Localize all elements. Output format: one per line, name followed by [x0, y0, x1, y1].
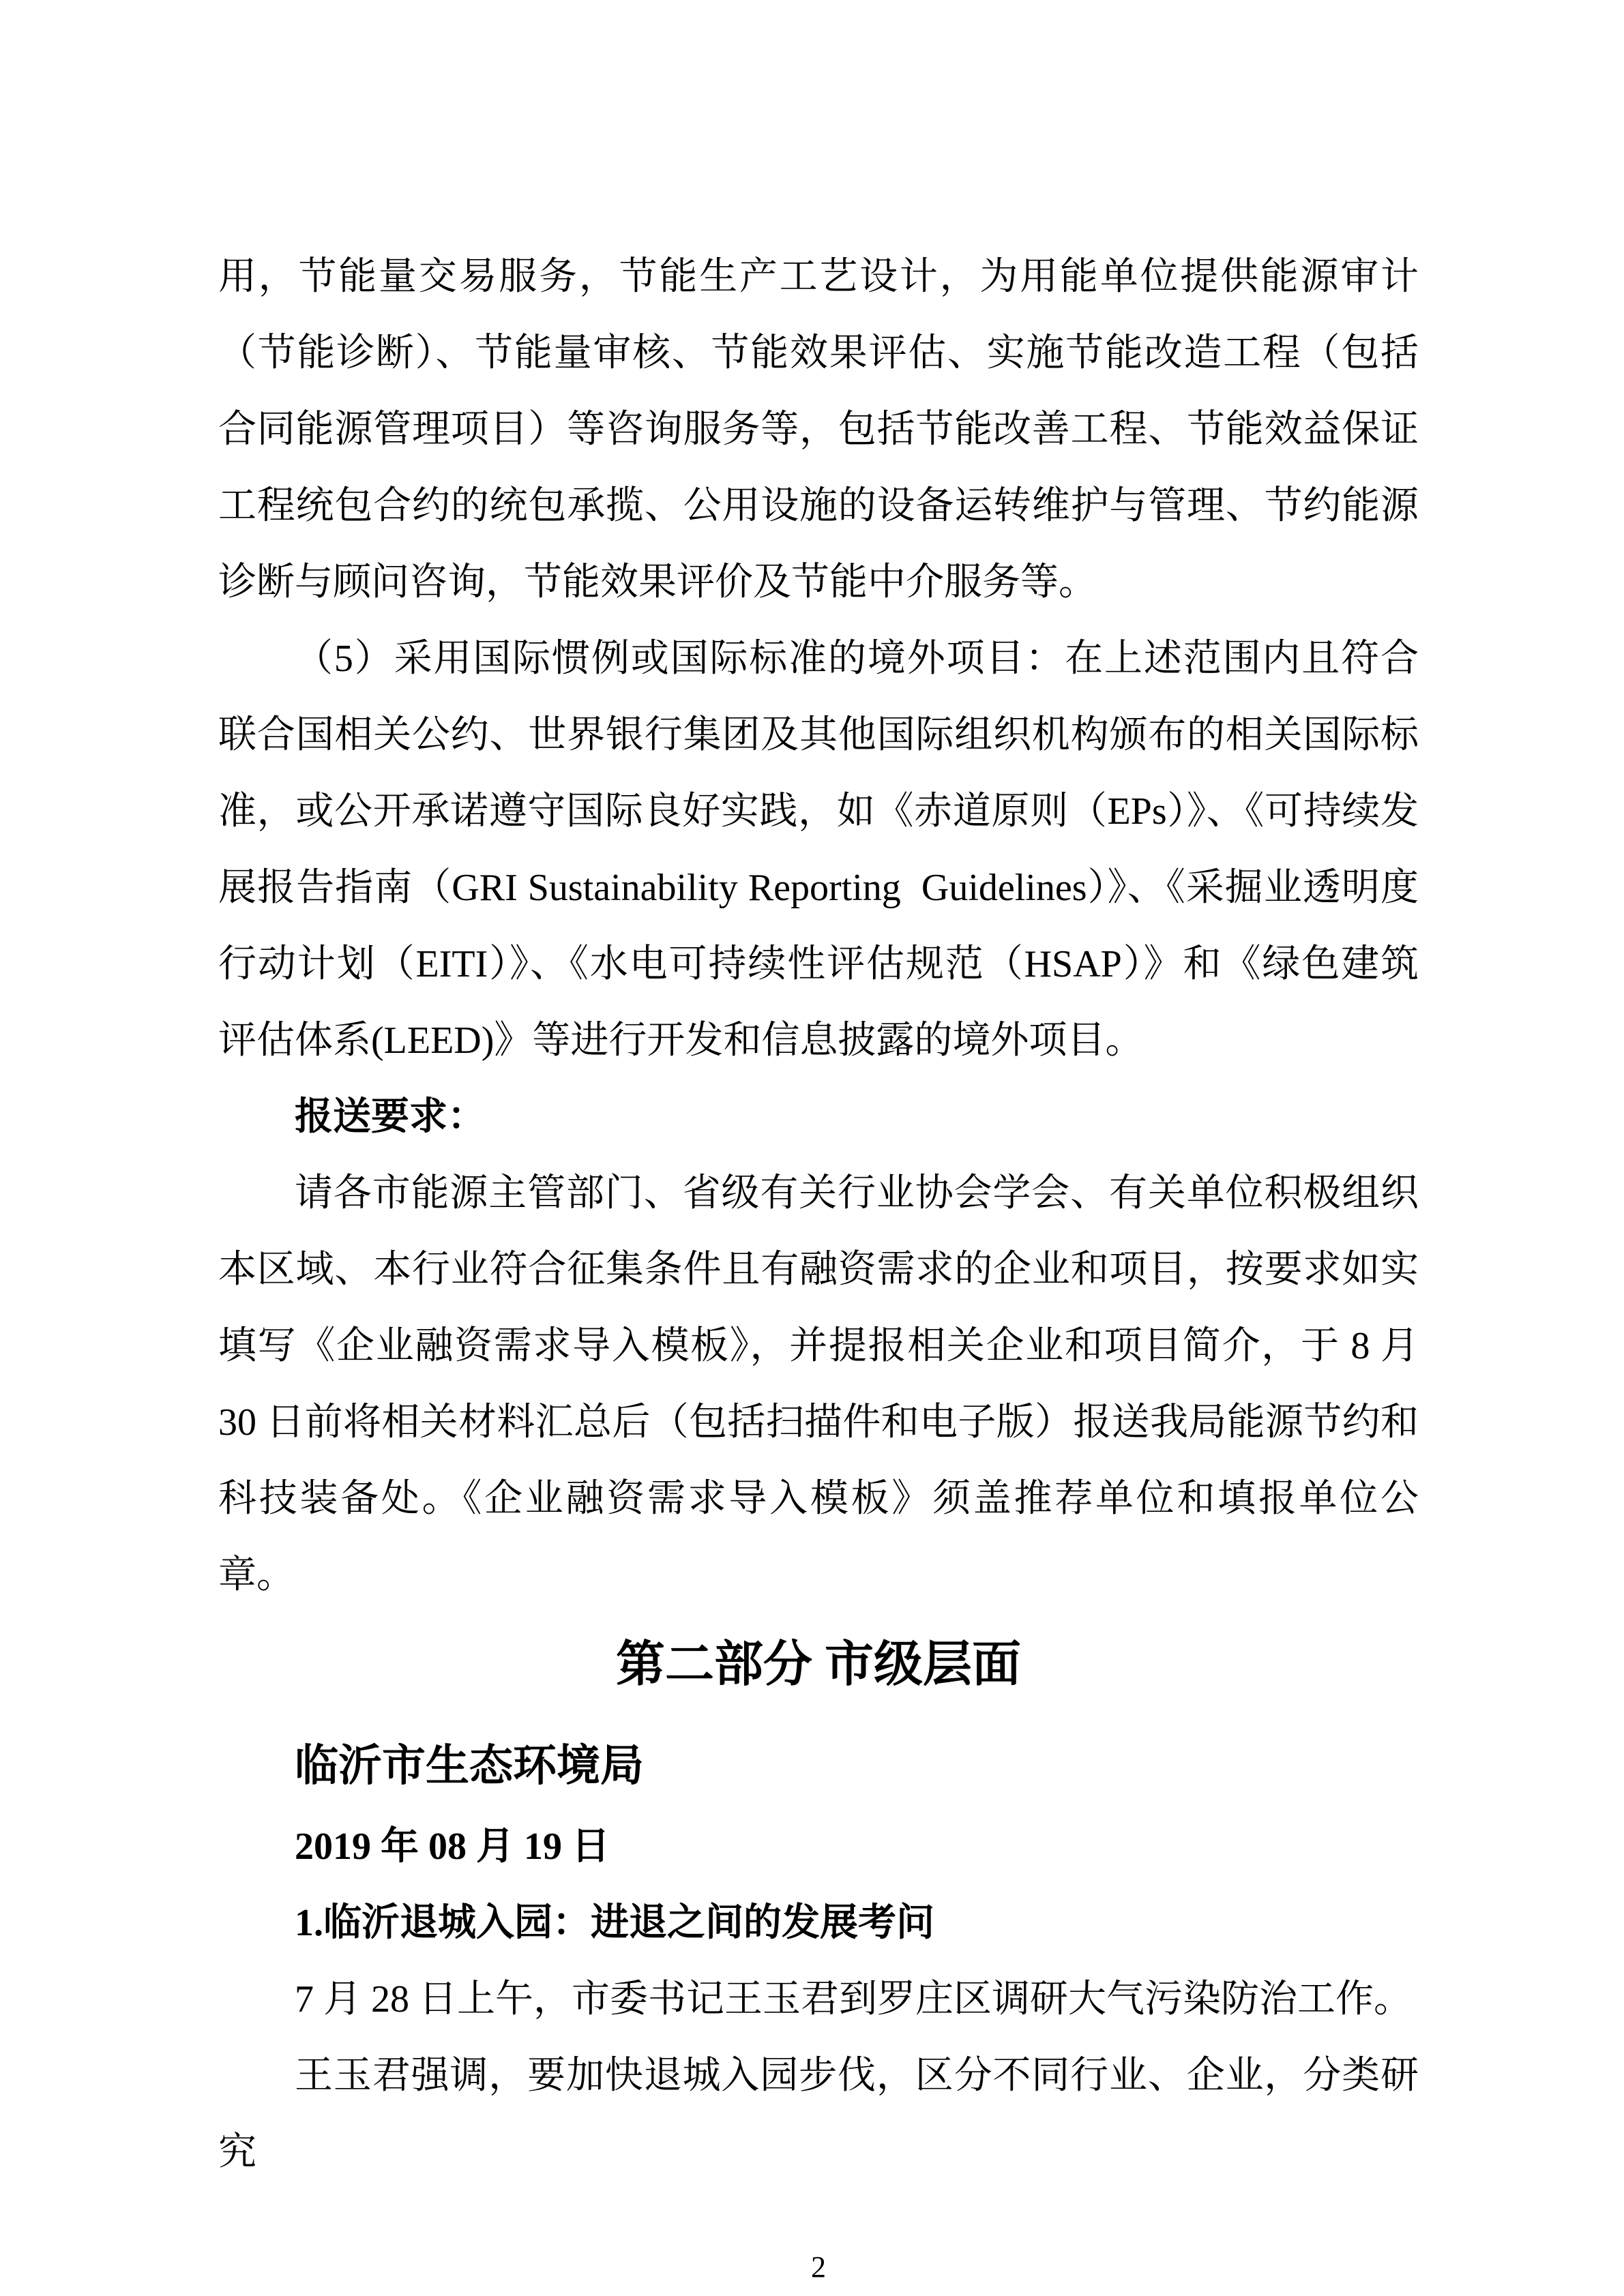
item-5-paragraph: （5）采用国际惯例或国际标准的境外项目：在上述范围内且符合联合国相关公约、世界银… [218, 621, 1419, 1079]
submission-requirements-label: 报送要求： [218, 1079, 1419, 1155]
news-paragraph-2: 王玉君强调，要加快退城入园步伐，区分不同行业、企业，分类研究 [218, 2038, 1419, 2190]
document-page: 用，节能量交易服务，节能生产工艺设计，为用能单位提供能源审计（节能诊断）、节能量… [0, 0, 1624, 2296]
part2-heading: 第二部分 市级层面 [218, 1613, 1419, 1716]
news-paragraph-1: 7 月 28 日上午，市委书记王玉君到罗庄区调研大气污染防治工作。 [218, 1961, 1419, 2038]
opening-paragraph: 用，节能量交易服务，节能生产工艺设计，为用能单位提供能源审计（节能诊断）、节能量… [218, 239, 1419, 621]
news-item-title: 1.临沂退城入园：进退之间的发展考问 [218, 1885, 1419, 1961]
submission-requirements-paragraph: 请各市能源主管部门、省级有关行业协会学会、有关单位积极组织本区域、本行业符合征集… [218, 1155, 1419, 1613]
page-number: 2 [218, 2252, 1419, 2282]
date-line: 2019 年 08 月 19 日 [218, 1808, 1419, 1885]
agency-heading: 临沂市生态环境局 [218, 1724, 1419, 1808]
